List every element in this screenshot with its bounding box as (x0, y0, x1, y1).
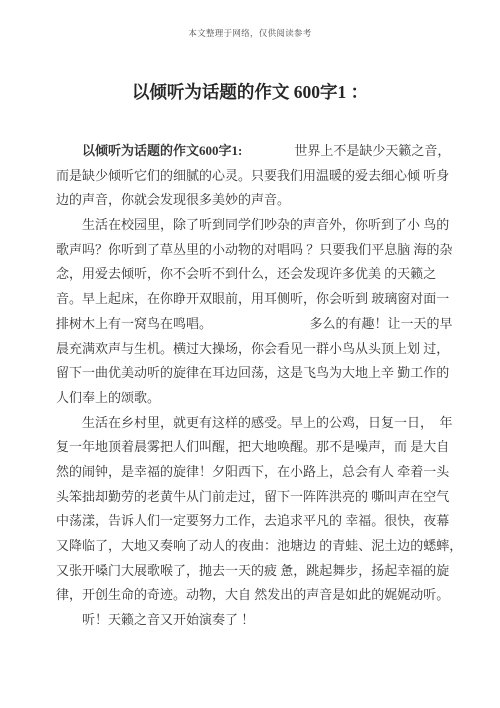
text-line: 生活在校园里，除了听到同学们吵杂的声音外，你听到了小 鸟的 (56, 213, 460, 238)
text-line: 听！天籁之音又开始演奏了 ！ (56, 608, 460, 633)
text-line: 边的声音，你就会发现很多美妙的声音。 (56, 188, 460, 213)
text-line: 头笨拙却勤劳的老黄牛从门前走过，留下一阵阵洪亮的 嘶叫声在空气 (56, 485, 460, 510)
text-line: 留下一曲优美动听的旋律在耳边回荡，这是飞鸟为大地上辛 勤工作的 (56, 361, 460, 386)
text-line: 中荡漾，告诉人们一定要努力工作，去追求平凡的 幸福。很快，夜幕 (56, 509, 460, 534)
document-title: 以倾听为话题的作文 600字1 ： (0, 79, 500, 104)
text-line: 而是缺少倾听它们的细腻的心灵。只要我们用温暖的爱去细心倾 听身 (56, 164, 460, 189)
paragraph-4: 听！天籁之音又开始演奏了 ！ (56, 608, 460, 633)
text-line: 人们奉上的颂歌。 (56, 386, 460, 411)
text-line: 以倾听为话题的作文600字1: 世界上不是缺少天籁之音， (56, 139, 460, 164)
text-line: 复一年地顶着晨雾把人们叫醒，把大地唤醒。那不是噪声，而 是大自 (56, 435, 460, 460)
text-line: 音。早上起床，在你睁开双眼前，用耳侧听，你会听到 玻璃窗对面一 (56, 287, 460, 312)
paragraph-1: 以倾听为话题的作文600字1: 世界上不是缺少天籁之音， 而是缺少倾听它们的细腻… (56, 139, 460, 213)
paragraph-1-first-line-rest: 世界上不是缺少天籁之音， (242, 143, 450, 158)
header-note: 本文整理于网络，仅供阅读参考 (0, 27, 500, 39)
article-body: 以倾听为话题的作文600字1: 世界上不是缺少天籁之音， 而是缺少倾听它们的细腻… (56, 139, 460, 633)
text-line: 又降临了，大地又奏响了动人的夜曲：池塘边 的青蛙、泥土边的蟋蟀， (56, 534, 460, 559)
text-line: 歌声吗？你听到了草丛里的小动物的对唱吗 ？只要我们平息脑 海的杂 (56, 238, 460, 263)
document-page: 本文整理于网络，仅供阅读参考 以倾听为话题的作文 600字1 ： 以倾听为话题的… (0, 0, 500, 708)
text-line: 排树木上有一窝鸟在鸣唱。 多么的有趣！让一天的早 (56, 312, 460, 337)
text-line: 律，开创生命的奇迹。动物，大自 然发出的声音是如此的娓娓动听。 (56, 583, 460, 608)
text-line: 然的闹钟，是幸福的旋律！夕阳西下，在小路上，总会有人 牵着一头 (56, 460, 460, 485)
paragraph-1-lines: 而是缺少倾听它们的细腻的心灵。只要我们用温暖的爱去细心倾 听身边的声音，你就会发… (56, 164, 460, 213)
text-line: 晨充满欢声与生机。横过大操场，你会看见一群小鸟从头顶上划 过， (56, 337, 460, 362)
paragraph-1-lead: 以倾听为话题的作文600字1: (56, 143, 242, 158)
text-line: 生活在乡村里，就更有这样的感受。早上的公鸡，日复一日， 年 (56, 411, 460, 436)
text-line: 念，用爱去倾听，你不会听不到什么，还会发现许多优美 的天籁之 (56, 262, 460, 287)
paragraph-2: 生活在校园里，除了听到同学们吵杂的声音外，你听到了小 鸟的歌声吗？你听到了草丛里… (56, 213, 460, 411)
text-line: 又张开嗓门大展歌喉了，抛去一天的疲 惫，跳起舞步，扬起幸福的旋 (56, 559, 460, 584)
paragraph-3: 生活在乡村里，就更有这样的感受。早上的公鸡，日复一日， 年复一年地顶着晨雾把人们… (56, 411, 460, 609)
